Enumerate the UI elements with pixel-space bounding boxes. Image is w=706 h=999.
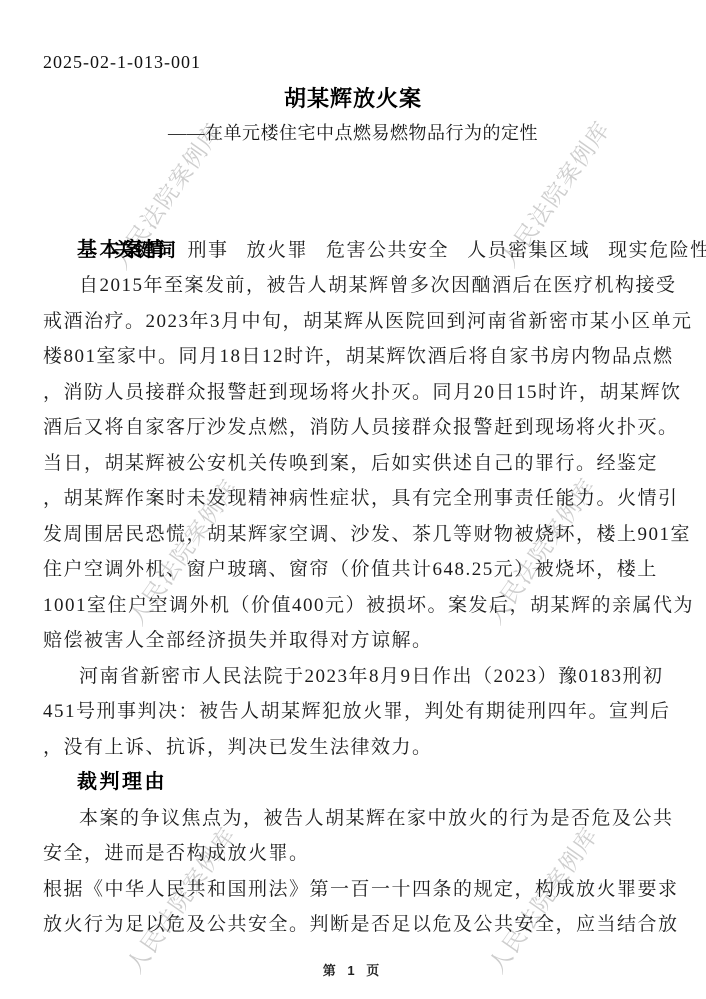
body-line: 当日，胡某辉被公安机关传唤到案，后如实供述自己的罪行。经鉴定 <box>43 446 669 482</box>
keyword-item: 危害公共安全 <box>326 240 449 261</box>
keywords-line: 关键词刑事放火罪危害公共安全人员密集区域现实危险性 <box>43 197 669 233</box>
keyword-item: 刑事 <box>188 240 229 261</box>
body-line: ，消防人员接群众报警赶到现场将火扑灭。同月20日15时许，胡某辉饮 <box>43 375 669 411</box>
body-line: ，胡某辉作案时未发现精神病性症状，具有完全刑事责任能力。火情引 <box>43 481 669 517</box>
case-subtitle: ——在单元楼住宅中点燃易燃物品行为的定性 <box>43 119 663 145</box>
keyword-item: 人员密集区域 <box>467 240 590 261</box>
case-title: 胡某辉放火案 <box>43 82 663 113</box>
keyword-item: 现实危险性 <box>608 240 706 261</box>
document-body: 关键词刑事放火罪危害公共安全人员密集区域现实危险性 基本案情 自2015年至案发… <box>43 197 669 943</box>
body-line: 451号刑事判决：被告人胡某辉犯放火罪，判处有期徒刑四年。宣判后 <box>43 694 669 730</box>
body-line: 赔偿被害人全部经济损失并取得对方谅解。 <box>43 623 669 659</box>
body-line: 住户空调外机、窗户玻璃、窗帘（价值共计648.25元）被烧坏，楼上 <box>43 552 669 588</box>
body-line: ，没有上诉、抗诉，判决已发生法律效力。 <box>43 730 669 766</box>
body-line: 河南省新密市人民法院于2023年8月9日作出（2023）豫0183刑初 <box>43 659 669 695</box>
keyword-item: 放火罪 <box>247 240 309 261</box>
document-number: 2025-02-1-013-001 <box>43 52 201 73</box>
body-line: 安全，进而是否构成放火罪。 <box>43 836 669 872</box>
page-footer: 第 1 页 <box>0 960 706 979</box>
document-page: 人民法院案例库 人民法院案例库 人民法院案例库 人民法院案例库 人民法院案例库 … <box>0 0 706 999</box>
body-line: 楼801室家中。同月18日12时许，胡某辉饮酒后将自家书房内物品点燃 <box>43 339 669 375</box>
body-line: 放火行为足以危及公共安全。判断是否足以危及公共安全，应当结合放 <box>43 907 669 943</box>
body-line: 自2015年至案发前，被告人胡某辉曾多次因酗酒后在医疗机构接受 <box>43 268 669 304</box>
body-line: 发周围居民恐慌，胡某辉家空调、沙发、茶几等财物被烧坏，楼上901室 <box>43 517 669 553</box>
body-line: 根据《中华人民共和国刑法》第一百一十四条的规定，构成放火罪要求 <box>43 872 669 908</box>
section-heading-judgment-reasons: 裁判理由 <box>43 765 669 801</box>
body-line: 酒后又将自家客厅沙发点燃，消防人员接群众报警赶到现场将火扑灭。 <box>43 410 669 446</box>
body-line: 本案的争议焦点为，被告人胡某辉在家中放火的行为是否危及公共 <box>43 801 669 837</box>
body-line: 戒酒治疗。2023年3月中旬，胡某辉从医院回到河南省新密市某小区单元 <box>43 304 669 340</box>
body-line: 1001室住户空调外机（价值400元）被损坏。案发后，胡某辉的亲属代为 <box>43 588 669 624</box>
